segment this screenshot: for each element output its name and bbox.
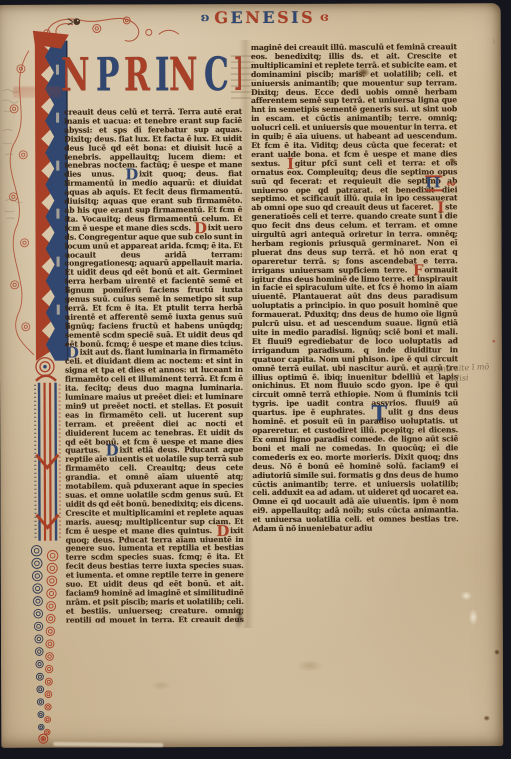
running-title: ʚ GENESIS ɞ: [185, 4, 345, 31]
striped-tail: [35, 376, 60, 541]
chapter-marker: II ∾: [425, 175, 455, 191]
text-column-right: maginē dei creauit illū. masculū et femi…: [251, 43, 459, 622]
faint-stain: [297, 660, 323, 672]
scripture-text-segment: ixit aut ds. fiant luminaria in firmamēt…: [65, 347, 243, 455]
text-column-left: creauit deus celū et terrā. Terra autē e…: [64, 108, 244, 623]
colored-letter: N: [245, 7, 262, 26]
parchment-chip: [469, 609, 478, 625]
colored-letter: N: [169, 46, 193, 102]
manuscript-photo: { "palette": { "red": "#a83f27", "blue":…: [0, 0, 511, 759]
colored-letter: I: [155, 46, 165, 102]
colored-letter: N: [61, 47, 85, 103]
tiny-margin-marks: [492, 39, 496, 342]
colored-letter: S: [301, 7, 315, 26]
header-left-flourish: ʚ: [201, 10, 210, 24]
colored-letter: C: [204, 46, 224, 102]
colored-letter: G: [214, 8, 230, 27]
colored-letter: P: [96, 46, 115, 102]
penwork-curl-tail: [31, 545, 58, 734]
scripture-text-segment: ste generatioēs celi et terre. quando cr…: [251, 203, 457, 275]
colored-letter: E: [230, 8, 245, 27]
colored-letter: S: [277, 7, 291, 26]
colored-letter: R: [123, 46, 144, 102]
header-right-flourish: ɞ: [320, 10, 329, 24]
stain-speck: [483, 715, 490, 721]
colored-letter: I: [291, 7, 301, 26]
tail-end-spiral: [39, 734, 48, 743]
penwork-top-flourish: [44, 17, 179, 45]
scripture-text-segment: ixit uero ds. Congregentur aque que sub …: [64, 223, 242, 348]
scripture-text-segment: ixit quoq; deus. Pducat terra aīam uiuen…: [66, 526, 244, 623]
scripture-text-segment: ormauit igitur dns deus hominē de limo t…: [252, 265, 458, 417]
running-title-letters: GENESIS: [214, 7, 315, 26]
scripture-text-segment: ulit g dns deus hominē. et posuit eū in …: [252, 407, 458, 533]
column-gutter-shadow: [239, 40, 254, 628]
scripture-text-segment: maginē dei creauit illū. masculū et femi…: [251, 43, 457, 167]
faint-stain: [151, 680, 171, 690]
incipit-display-capitals: NPRINCIPIO: [61, 46, 241, 107]
chapter-flourish-icon: ∾: [446, 177, 455, 190]
colored-letter: E: [262, 7, 277, 26]
margin-note: Lignū uite ī mō padisi: [427, 361, 508, 385]
erased-rubric-smudge: [13, 87, 61, 98]
knot-spiral: [36, 358, 54, 376]
wormhole-speck: [494, 649, 500, 655]
page-edge-highlight: [53, 742, 163, 747]
grotesque-head: [68, 18, 80, 25]
manuscript-page: ʚ GENESIS ɞ: [0, 3, 503, 748]
parchment-chip: [461, 591, 472, 600]
chapter-number: II: [425, 175, 442, 191]
